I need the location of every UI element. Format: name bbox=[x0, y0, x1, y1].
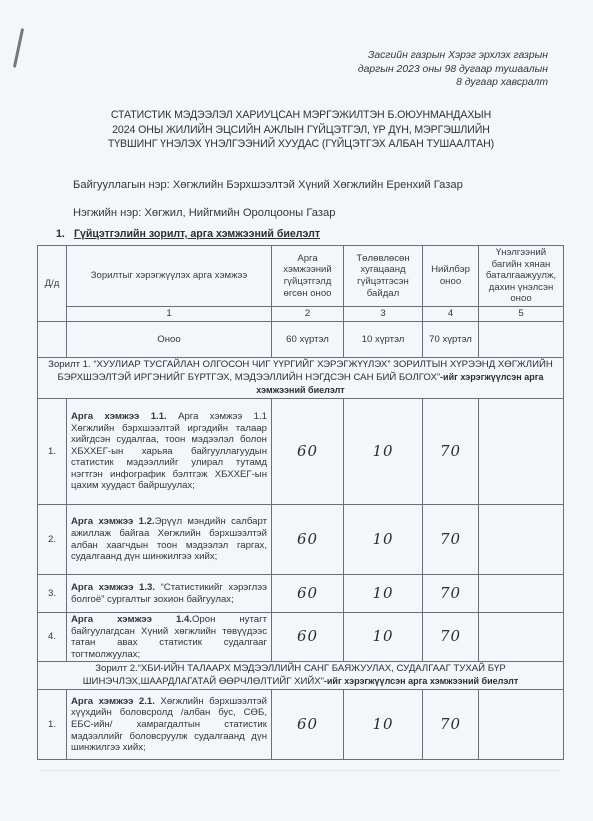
column-number: 4 bbox=[423, 307, 479, 322]
annex-line: Засгийн газрын Хэрэг эрхлэх газрын bbox=[288, 49, 548, 63]
activity-row: 4.Арга хэмжээ 1.4.Орон нутагт байгуулагд… bbox=[38, 613, 564, 662]
handwritten-score-col4: 70 bbox=[423, 505, 479, 575]
activity-description: Арга хэмжээ 1.1. Арга хэмжээ 1.1 Хөгжлий… bbox=[67, 399, 272, 505]
title-line: СТАТИСТИК МЭДЭЭЛЭЛ ХАРИУЦСАН МЭРГЭЖИЛТЭН… bbox=[62, 108, 540, 123]
goal-title-suffix: -ийг хэрэгжүүлсэн арга хэмжээний биелэлт bbox=[324, 676, 518, 686]
activity-row: 1.Арга хэмжээ 2.1. Хөгжлийн бэрхшээлтэй … bbox=[38, 690, 564, 760]
max-score-col3: 10 хүртэл bbox=[344, 322, 423, 358]
goal-row: Зорилт 1. “ХУУЛИАР ТУСГАЙЛАН ОЛГОСОН ЧИГ… bbox=[38, 358, 564, 399]
max-score-col2: 60 хүртэл bbox=[272, 322, 344, 358]
annex-line: 8 дугаар хавсралт bbox=[288, 76, 548, 90]
activity-index: 3. bbox=[38, 575, 67, 613]
section-number: 1. bbox=[56, 228, 71, 240]
activity-index: 1. bbox=[38, 690, 67, 760]
header-col3: Төлөвлөсөн хугацаанд гүйцэтгэсэн байдал bbox=[344, 246, 423, 307]
handwritten-score-col5 bbox=[479, 613, 564, 662]
header-col2: Арга хэмжээний гүйцэтгэлд өгсөн оноо bbox=[272, 246, 344, 307]
goals-body: Зорилт 1. “ХУУЛИАР ТУСГАЙЛАН ОЛГОСОН ЧИГ… bbox=[38, 358, 564, 760]
document-page: Засгийн газрын Хэрэг эрхлэх газрын даргы… bbox=[0, 0, 593, 821]
annex-note: Засгийн газрын Хэрэг эрхлэх газрын даргы… bbox=[288, 49, 548, 90]
activity-index: 1. bbox=[38, 399, 67, 505]
activity-label: Арга хэмжээ 1.1. bbox=[71, 411, 167, 422]
max-score-col4: 70 хүртэл bbox=[423, 322, 479, 358]
title-line: 2024 ОНЫ ЖИЛИЙН ЭЦСИЙН АЖЛЫН ГҮЙЦЭТГЭЛ, … bbox=[62, 123, 540, 138]
unit-name: Нэгжийн нэр: Хөгжил, Нийгмийн Оролцооны … bbox=[73, 207, 335, 219]
handwritten-score-col5 bbox=[479, 399, 564, 505]
handwritten-score-col3: 10 bbox=[344, 399, 423, 505]
handwritten-score-col5 bbox=[479, 505, 564, 575]
score-row-label: Оноо bbox=[67, 322, 272, 358]
max-score-col5 bbox=[479, 322, 564, 358]
handwritten-score-col2: 60 bbox=[272, 575, 344, 613]
activity-description: Арга хэмжээ 2.1. Хөгжлийн бэрхшээлтэй хү… bbox=[67, 690, 272, 760]
section-heading: 1. Гүйцэтгэлийн зорилт, арга хэмжээний б… bbox=[56, 228, 320, 240]
score-row-index bbox=[38, 322, 67, 358]
column-number: 3 bbox=[344, 307, 423, 322]
activity-row: 1.Арга хэмжээ 1.1. Арга хэмжээ 1.1 Хөгжл… bbox=[38, 399, 564, 505]
goal-title: Зорилт 1. “ХУУЛИАР ТУСГАЙЛАН ОЛГОСОН ЧИГ… bbox=[38, 358, 564, 399]
table-header-row: Д/д Зорилтыг хэрэгжүүлэх арга хэмжээ Арг… bbox=[38, 246, 564, 307]
activity-text: Арга хэмжээ 1.1 Хөгжлийн бэрхшээлтэй ирг… bbox=[71, 411, 267, 492]
activity-index: 4. bbox=[38, 613, 67, 662]
annex-line: даргын 2023 оны 98 дугаар тушаалын bbox=[288, 63, 548, 77]
handwritten-score-col5 bbox=[479, 575, 564, 613]
goal-row: Зорилт 2.“ХБИ-ИЙН ТАЛААРХ МЭДЭЭЛЛИЙН САН… bbox=[38, 662, 564, 690]
activity-label: Арга хэмжээ 2.1. bbox=[71, 696, 155, 707]
document-title: СТАТИСТИК МЭДЭЭЛЭЛ ХАРИУЦСАН МЭРГЭЖИЛТЭН… bbox=[62, 108, 540, 152]
activity-label: Арга хэмжээ 1.3. bbox=[71, 582, 155, 593]
handwritten-score-col4: 70 bbox=[423, 575, 479, 613]
handwritten-score-col5 bbox=[479, 690, 564, 760]
handwritten-score-col4: 70 bbox=[423, 613, 479, 662]
activity-label: Арга хэмжээ 1.2. bbox=[71, 516, 155, 527]
handwritten-score-col3: 10 bbox=[344, 575, 423, 613]
handwritten-score-col4: 70 bbox=[423, 399, 479, 505]
evaluation-table: Д/д Зорилтыг хэрэгжүүлэх арга хэмжээ Арг… bbox=[37, 245, 564, 760]
activity-description: Арга хэмжээ 1.2.Эрүүл мэндийн салбарт аж… bbox=[67, 505, 272, 575]
column-number: 2 bbox=[272, 307, 344, 322]
header-col5: Үнэлгээний багийн хянан баталгаажуулж, д… bbox=[479, 246, 564, 307]
activity-index: 2. bbox=[38, 505, 67, 575]
handwritten-score-col2: 60 bbox=[272, 690, 344, 760]
pen-mark bbox=[13, 28, 24, 68]
column-number: 1 bbox=[67, 307, 272, 322]
handwritten-score-col3: 10 bbox=[344, 505, 423, 575]
handwritten-score-col3: 10 bbox=[344, 690, 423, 760]
handwritten-score-col4: 70 bbox=[423, 690, 479, 760]
organization-name: Байгууллагын нэр: Хөгжлийн Бэрхшээлтэй Х… bbox=[73, 179, 463, 191]
section-title: Гүйцэтгэлийн зорилт, арга хэмжээний биел… bbox=[74, 228, 320, 240]
handwritten-score-col3: 10 bbox=[344, 613, 423, 662]
activity-description: Арга хэмжээ 1.3. “Статистикийг хэрэглээ … bbox=[67, 575, 272, 613]
faded-bleed-line bbox=[40, 770, 560, 771]
handwritten-score-col2: 60 bbox=[272, 613, 344, 662]
activity-row: 2.Арга хэмжээ 1.2.Эрүүл мэндийн салбарт … bbox=[38, 505, 564, 575]
max-score-row: Оноо 60 хүртэл 10 хүртэл 70 хүртэл bbox=[38, 322, 564, 358]
header-index: Д/д bbox=[38, 246, 67, 322]
handwritten-score-col2: 60 bbox=[272, 505, 344, 575]
goal-title: Зорилт 2.“ХБИ-ИЙН ТАЛААРХ МЭДЭЭЛЛИЙН САН… bbox=[38, 662, 564, 690]
activity-description: Арга хэмжээ 1.4.Орон нутагт байгуулагдса… bbox=[67, 613, 272, 662]
activity-label: Арга хэмжээ 1.4. bbox=[71, 614, 192, 625]
activity-row: 3.Арга хэмжээ 1.3. “Статистикийг хэрэглэ… bbox=[38, 575, 564, 613]
header-col4: Нийлбэр оноо bbox=[423, 246, 479, 307]
title-line: ТҮВШИНГ ҮНЭЛЭХ ҮНЭЛГЭЭНИЙ ХУУДАС (ГҮЙЦЭТ… bbox=[62, 137, 540, 152]
header-measure: Зорилтыг хэрэгжүүлэх арга хэмжээ bbox=[67, 246, 272, 307]
handwritten-score-col2: 60 bbox=[272, 399, 344, 505]
column-number-row: 1 2 3 4 5 bbox=[38, 307, 564, 322]
column-number: 5 bbox=[479, 307, 564, 322]
